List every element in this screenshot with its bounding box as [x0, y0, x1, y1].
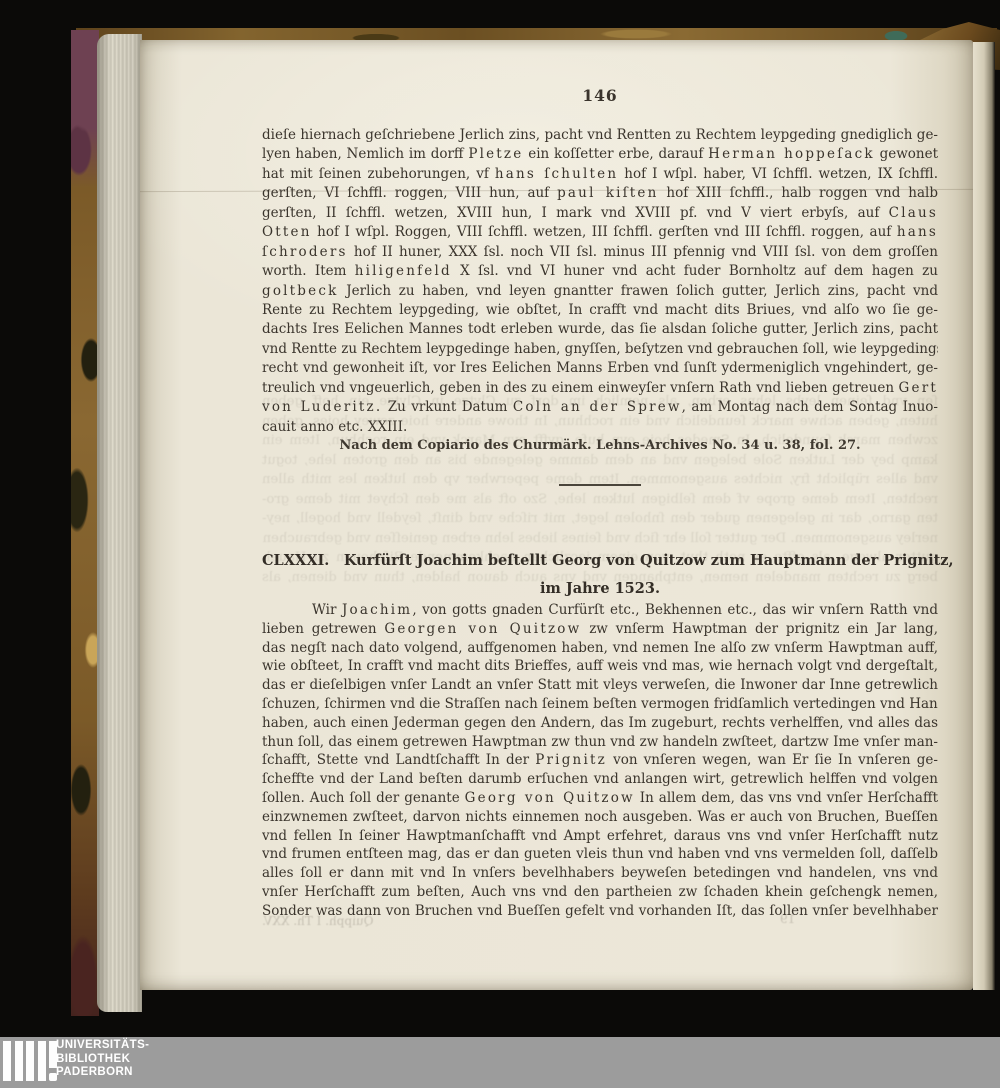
- text-line: ſchuzen, ſchirmen vnd die Straſſen nach …: [262, 695, 938, 714]
- library-footer-bar: UNIVERSITÄTS- BIBLIOTHEK PADERBORN: [0, 1037, 1000, 1088]
- letter-spaced-name: ſchroders: [262, 244, 348, 260]
- text-run: treulich vnd vngeuerlich, geben in des z…: [262, 380, 899, 396]
- heading-line-1: CLXXXI. Kurfürſt Joachim beſtellt Georg …: [262, 547, 938, 575]
- text-run: ein koſſetter erbe, darauf: [523, 146, 708, 162]
- text-run: gerſten, VI ſchffl. roggen, VIII hun, au…: [262, 185, 557, 201]
- text-run: , von gotts gnaden Curfürſt etc., Bekhen…: [412, 602, 938, 618]
- letter-spaced-name: Prignitz: [535, 752, 607, 768]
- text-line: von Luderitz. Zu vrkunt Datum Coln an de…: [262, 398, 938, 417]
- letter-spaced-name: Otten: [262, 224, 312, 240]
- text-line: rechten, Item deme grope vf dem ſelbigen…: [262, 490, 938, 510]
- text-run: ſchafft, Stette vnd Landtſchafft In der: [262, 752, 535, 768]
- text-run: kamp bey der Lutken Sole belegen vnd an …: [262, 453, 938, 468]
- page-right-edge: [973, 42, 995, 990]
- text-line: vnd frumen entſteen mag, das er dan guet…: [262, 845, 938, 864]
- letter-spaced-name: von Luderitz.: [262, 399, 382, 415]
- logo-bar: [38, 1041, 46, 1081]
- logo-bar: [3, 1041, 11, 1081]
- text-run: alles ſoll er dann mit vnd In vnſers bev…: [262, 865, 938, 881]
- text-run: vnd Rentte zu Rechtem leypgedinge haben,…: [262, 341, 938, 357]
- text-line: nerley ausgenommen. Der gutter ſoll ehr …: [262, 529, 938, 549]
- letter-spaced-name: Georgen von Quitzow: [384, 621, 581, 637]
- logo-bar: [15, 1041, 23, 1081]
- library-name-line-1: UNIVERSITÄTS-: [56, 1039, 149, 1053]
- text-line: treulich vnd vngeuerlich, geben in des z…: [262, 379, 938, 398]
- text-run: In allem dem, das vns vnd vnſer Herſchaf…: [635, 790, 938, 806]
- text-run: Wir: [312, 602, 342, 618]
- heading-line-2: im Jahre 1523.: [262, 575, 938, 603]
- document-2-text-block: Wir Joachim, von gotts gnaden Curfürſt e…: [262, 601, 938, 921]
- text-run: dieſe hiernach geſchriebene Jerlich zins…: [262, 127, 938, 143]
- library-logo-icon: [3, 1041, 57, 1081]
- text-line: das negſt nach dato volgend, auffgenomen…: [262, 639, 938, 658]
- text-line: ten garno, dar in gelegenen guder den ſn…: [262, 509, 938, 529]
- text-run: gewonet: [875, 146, 938, 162]
- logo-bar: [26, 1041, 34, 1081]
- text-line: kamp bey der Lutken Sole belegen vnd an …: [262, 451, 938, 471]
- library-name: UNIVERSITÄTS- BIBLIOTHEK PADERBORN: [56, 1039, 149, 1080]
- book-scan: ſen vnd ſeinen leybs lehns erben, als ne…: [0, 0, 1000, 1088]
- text-line: vnd Rentte zu Rechtem leypgedinge haben,…: [262, 340, 938, 359]
- text-run: rechten, Item deme grope vf dem ſelbigen…: [262, 492, 938, 507]
- document-1-text-block: dieſe hiernach geſchriebene Jerlich zins…: [262, 126, 938, 437]
- letter-spaced-name: Claus: [889, 205, 938, 221]
- text-run: , am Montag nach dem Sontag Inuo-: [682, 399, 938, 415]
- text-run: lyen haben, Nemlich im dorff: [262, 146, 468, 162]
- text-line: dachts Ires Eelichen Mannes todt erleben…: [262, 320, 938, 339]
- text-line: wie obſteet, In crafft vnd macht dits Br…: [262, 657, 938, 676]
- text-run: lieben getrewen: [262, 621, 384, 637]
- text-line: hat mit ſeinen zubehorungen, vf hans ſch…: [262, 165, 938, 184]
- text-run: recht vnd gewonheit iſt, vor Ires Eelich…: [262, 360, 938, 376]
- text-run: hof II huner, XXX ſsl. noch VII ſsl. min…: [348, 244, 938, 260]
- text-run: Sonder was dann von Bruchen vnd Bueſſen …: [262, 903, 938, 919]
- text-run: Zu vrkunt Datum: [382, 399, 513, 415]
- text-line: Sonder was dann von Bruchen vnd Bueſſen …: [262, 902, 938, 921]
- text-line: das er dieſelbigen vnſer Landt an vnſer …: [262, 676, 938, 695]
- text-line: gerſten, VI ſchffl. roggen, VIII hun, au…: [262, 184, 938, 203]
- text-line: vnſer Herſchafft zum beſten, Auch vns vn…: [262, 883, 938, 902]
- library-name-line-3: PADERBORN: [56, 1066, 149, 1080]
- text-line: goltbeck Jerlich zu haben, vnd leyen gna…: [262, 282, 938, 301]
- letter-spaced-name: Joachim: [342, 602, 412, 618]
- book-cover-marbled-edge: [71, 30, 99, 1016]
- letter-spaced-name: Coln an der Sprew: [513, 399, 682, 415]
- text-run: worth. Item: [262, 263, 355, 279]
- text-line: ſcheffte vnd der Land beſten darumb erſu…: [262, 770, 938, 789]
- text-run: vnd fellen In ſeiner Hawptmanſchafft vnd…: [262, 828, 938, 844]
- text-run: nerley ausgenommen. Der gutter ſoll ehr …: [262, 531, 938, 546]
- page-number: 146: [262, 86, 938, 105]
- text-run: das negſt nach dato volgend, auffgenomen…: [262, 640, 938, 656]
- text-run: vnd frumen entſteen mag, das er dan guet…: [262, 846, 938, 862]
- letter-spaced-name: Georg von Quitzow: [465, 790, 635, 806]
- text-run: wie obſteet, In crafft vnd macht dits Br…: [262, 658, 938, 674]
- text-run: cauit anno etc. XXIII.: [262, 419, 407, 435]
- letter-spaced-name: paul kiſten: [557, 185, 658, 201]
- text-run: das er dieſelbigen vnſer Landt an vnſer …: [262, 677, 938, 693]
- text-line: haben, auch einen Jederman gegen den And…: [262, 714, 938, 733]
- text-run: einzwnemen zwſteet, darvon nichts einnem…: [262, 809, 938, 825]
- letter-spaced-name: Gert: [899, 380, 938, 396]
- text-run: ſchuzen, ſchirmen vnd die Straſſen nach …: [262, 696, 938, 712]
- text-line: worth. Item hiligenfeld X ſsl. vnd VI hu…: [262, 262, 938, 281]
- library-name-line-2: BIBLIOTHEK: [56, 1053, 149, 1067]
- text-run: zw vnſerm Hawptman der prignitz ein Jar …: [581, 621, 938, 637]
- page-stack-edge: [97, 34, 142, 1012]
- text-line: alles ſoll er dann mit vnd In vnſers bev…: [262, 864, 938, 883]
- text-run: thun ſoll, das einem getrewen Hawptman z…: [262, 734, 938, 750]
- text-run: haben, auch einen Jederman gegen den And…: [262, 715, 938, 731]
- text-run: Rente zu Rechtem leypgeding, wie obſtet,…: [262, 302, 938, 318]
- text-line: Otten hof I wſpl. Roggen, VIII ſchffl. w…: [262, 223, 938, 242]
- text-run: hof I wſpl. haber, VI ſchffl. wetzen, IX…: [618, 166, 938, 182]
- text-line: lieben getrewen Georgen von Quitzow zw v…: [262, 620, 938, 639]
- text-run: Jerlich zu haben, vnd leyen gnantter fra…: [339, 283, 939, 299]
- text-run: ſcheffte vnd der Land beſten darumb erſu…: [262, 771, 938, 787]
- letter-spaced-name: hans ſchulten: [495, 166, 618, 182]
- text-line: lyen haben, Nemlich im dorff Pletze ein …: [262, 145, 938, 164]
- letter-spaced-name: Pletze: [468, 146, 523, 162]
- text-run: ſollen. Auch ſoll der genante: [262, 790, 465, 806]
- source-note: Nach dem Copiario des Churmärk. Lehns-Ar…: [262, 438, 938, 453]
- text-run: hat mit ſeinen zubehorungen, vf: [262, 166, 495, 182]
- text-line: einzwnemen zwſteet, darvon nichts einnem…: [262, 808, 938, 827]
- letter-spaced-name: hans: [897, 224, 938, 240]
- text-run: dachts Ires Eelichen Mannes todt erleben…: [262, 321, 938, 337]
- text-line: ſchafft, Stette vnd Landtſchafft In der …: [262, 751, 938, 770]
- text-line: vnd fellen In ſeiner Hawptmanſchafft vnd…: [262, 827, 938, 846]
- text-run: hof I wſpl. Roggen, VIII ſchffl. wetzen,…: [312, 224, 897, 240]
- text-line: dieſe hiernach geſchriebene Jerlich zins…: [262, 126, 938, 145]
- text-line: gerſten, II ſchffl. wetzen, XVIII hun, I…: [262, 204, 938, 223]
- text-line: thun ſoll, das einem getrewen Hawptman z…: [262, 733, 938, 752]
- text-line: recht vnd gewonheit iſt, vor Ires Eelich…: [262, 359, 938, 378]
- text-run: vnſer Herſchafft zum beſten, Auch vns vn…: [262, 884, 938, 900]
- letter-spaced-name: Herman hoppeſack: [708, 146, 875, 162]
- text-run: X ſsl. vnd VI huner vnd acht fuder Bornh…: [452, 263, 938, 279]
- text-line: ſchroders hof II huner, XXX ſsl. noch VI…: [262, 243, 938, 262]
- text-run: von vnſeren wegen, wan Er ſie In vnſeren…: [607, 752, 938, 768]
- text-line: vnd alles rüplicht fry, nichtes ausgenom…: [262, 470, 938, 490]
- text-line: Wir Joachim, von gotts gnaden Curfürſt e…: [262, 601, 938, 620]
- text-line: Rente zu Rechtem leypgeding, wie obſtet,…: [262, 301, 938, 320]
- book-page: ſen vnd ſeinen leybs lehns erben, als ne…: [140, 40, 973, 990]
- text-run: hof XIII ſchffl., halb roggen vnd halb: [659, 185, 938, 201]
- text-run: gerſten, II ſchffl. wetzen, XVIII hun, I…: [262, 205, 889, 221]
- text-line: cauit anno etc. XXIII.: [262, 418, 938, 437]
- text-line: ſollen. Auch ſoll der genante Georg von …: [262, 789, 938, 808]
- section-separator-rule: [559, 484, 641, 486]
- letter-spaced-name: hiligenfeld: [355, 263, 452, 279]
- letter-spaced-name: goltbeck: [262, 283, 339, 299]
- document-2-heading: CLXXXI. Kurfürſt Joachim beſtellt Georg …: [262, 547, 938, 603]
- text-run: ten garno, dar in gelegenen guder den ſn…: [262, 511, 938, 526]
